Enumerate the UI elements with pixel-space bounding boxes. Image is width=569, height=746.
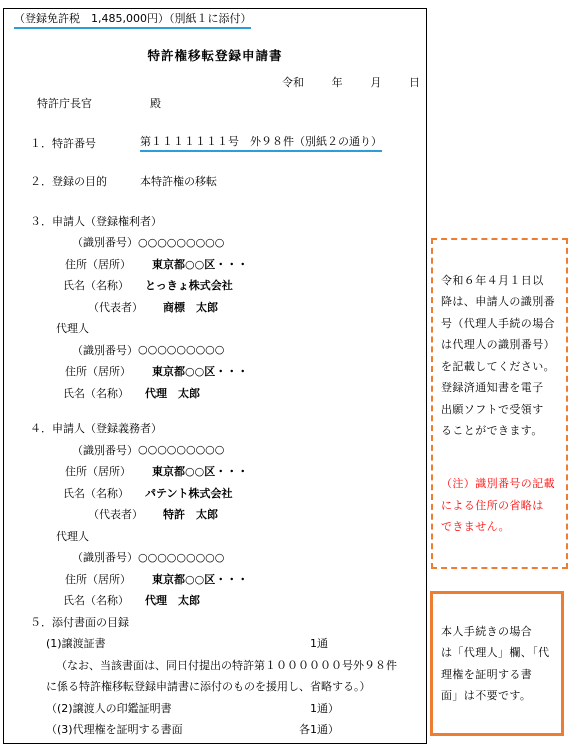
- id-number-label: （識別番号）: [72, 549, 138, 565]
- obligor-agent-heading: 代理人: [4, 525, 426, 547]
- rightholder-agent-name-row: 氏名（名称） 代理 太郎: [4, 382, 426, 404]
- tax-line-row: （登録免許税 1,485,000円）（別紙１に添付）: [4, 9, 426, 31]
- name-label: 氏名（名称）: [63, 485, 145, 501]
- attachment-name: （(3)代理権を証明する書面: [46, 721, 183, 737]
- patent-number-label: １．特許番号: [30, 135, 140, 151]
- obligor-representative-row: （代表者） 特許 太郎: [4, 504, 426, 526]
- purpose-value: 本特許権の移転: [140, 173, 217, 189]
- date-month-label: 月: [370, 74, 381, 90]
- procedure-note-box: 令和６年４月１日以 降は、申請人の識別番 号（代理人手続の場合 は代理人の識別番…: [431, 238, 568, 569]
- address-label: 住所（居所）: [65, 363, 152, 379]
- attachment-item-2: （(2)譲渡人の印鑑証明書 1通）: [4, 697, 426, 719]
- address-value: 東京都○○区・・・: [152, 463, 248, 479]
- name-label: 氏名（名称）: [63, 277, 145, 293]
- address-label: 住所（居所）: [65, 256, 152, 272]
- procedure-note-text: 令和６年４月１日以 降は、申請人の識別番 号（代理人手続の場合 は代理人の識別番…: [441, 270, 558, 442]
- attachment-name: （(2)譲渡人の印鑑証明書: [46, 700, 172, 716]
- patent-number-row: １．特許番号 第１１１１１１１号 外９８件（別紙２の通り）: [4, 132, 426, 154]
- date-line: 令和 年 月 日: [282, 74, 420, 90]
- rightholder-name-row: 氏名（名称） とっきょ株式会社: [4, 275, 426, 297]
- agent-note-text: 本人手続きの場合 は「代理人」欄、「代 理権を証明する書 面」は不要です。: [441, 621, 553, 707]
- registration-tax-line: （登録免許税 1,485,000円）（別紙１に添付）: [14, 10, 251, 29]
- obligor-id-row: （識別番号） ○○○○○○○○○: [4, 439, 426, 461]
- obligor-agent-name-row: 氏名（名称） 代理 太郎: [4, 590, 426, 612]
- obligor-agent-address-row: 住所（居所） 東京都○○区・・・: [4, 568, 426, 590]
- name-value: とっきょ株式会社: [145, 277, 233, 293]
- address-value: 東京都○○区・・・: [152, 256, 248, 272]
- document-title: 特許権移転登録申請書: [4, 45, 426, 67]
- agent-note-box: 本人手続きの場合 は「代理人」欄、「代 理権を証明する書 面」は不要です。: [430, 591, 564, 736]
- name-value: 代理 太郎: [145, 592, 200, 608]
- attachments-heading: ５．添付書面の目録: [4, 611, 426, 633]
- rightholder-heading: ３．申請人（登録権利者）: [4, 210, 426, 232]
- addressee-row: 特許庁長官 殿: [4, 93, 426, 115]
- attachment-note-line-2: に係る特許権移転登録申請書に添付のものを援用し、省略する。）: [4, 676, 426, 698]
- attachment-count: 各1通）: [299, 719, 339, 741]
- obligor-heading: ４．申請人（登録義務者）: [4, 418, 426, 440]
- rightholder-agent-id-row: （識別番号） ○○○○○○○○○: [4, 339, 426, 361]
- attachment-note-line-1: （なお、当該書面は、同日付提出の特許第１００００００号外９８件: [4, 654, 426, 676]
- id-number-value: ○○○○○○○○○: [138, 443, 224, 456]
- purpose-row: ２．登録の目的 本特許権の移転: [4, 171, 426, 193]
- address-label: 住所（居所）: [65, 463, 152, 479]
- name-label: 氏名（名称）: [63, 385, 145, 401]
- obligor-agent-id-row: （識別番号） ○○○○○○○○○: [4, 547, 426, 569]
- attachment-name: (1)譲渡証書: [46, 635, 106, 651]
- addressee-honorific: 殿: [150, 95, 161, 111]
- representative-value: 商標 太郎: [163, 299, 218, 315]
- address-value: 東京都○○区・・・: [152, 363, 248, 379]
- name-value: パテント株式会社: [145, 485, 232, 501]
- id-number-label: （識別番号）: [72, 342, 138, 358]
- date-year-label: 年: [332, 74, 343, 90]
- application-document: （登録免許税 1,485,000円）（別紙１に添付） 特許権移転登録申請書 令和…: [3, 8, 427, 744]
- name-label: 氏名（名称）: [63, 592, 145, 608]
- attachment-count: 1通: [310, 633, 328, 655]
- address-value: 東京都○○区・・・: [152, 571, 248, 587]
- attachment-item-3: （(3)代理権を証明する書面 各1通）: [4, 719, 426, 741]
- rightholder-id-row: （識別番号） ○○○○○○○○○: [4, 232, 426, 254]
- id-number-value: ○○○○○○○○○: [138, 343, 224, 356]
- obligor-address-row: 住所（居所） 東京都○○区・・・: [4, 461, 426, 483]
- obligor-name-row: 氏名（名称） パテント株式会社: [4, 482, 426, 504]
- date-row: 令和 年 月 日: [4, 71, 426, 93]
- representative-label: （代表者）: [88, 506, 163, 522]
- rightholder-representative-row: （代表者） 商標 太郎: [4, 296, 426, 318]
- representative-label: （代表者）: [88, 299, 163, 315]
- attachment-item-1: (1)譲渡証書 1通: [4, 633, 426, 655]
- id-number-label: （識別番号）: [72, 234, 138, 250]
- patent-number-value: 第１１１１１１１号 外９８件（別紙２の通り）: [140, 133, 382, 152]
- rightholder-agent-heading: 代理人: [4, 318, 426, 340]
- rightholder-agent-address-row: 住所（居所） 東京都○○区・・・: [4, 361, 426, 383]
- id-number-value: ○○○○○○○○○: [138, 236, 224, 249]
- id-number-label: （識別番号）: [72, 442, 138, 458]
- addressee-office: 特許庁長官: [37, 95, 92, 111]
- procedure-note-warning: （注）識別番号の記載 による住所の省略は できません。: [441, 473, 558, 538]
- date-day-label: 日: [409, 74, 420, 90]
- id-number-value: ○○○○○○○○○: [138, 551, 224, 564]
- rightholder-address-row: 住所（居所） 東京都○○区・・・: [4, 253, 426, 275]
- date-era: 令和: [282, 74, 304, 90]
- purpose-label: ２．登録の目的: [30, 173, 140, 189]
- attachment-count: 1通）: [310, 697, 339, 719]
- representative-value: 特許 太郎: [163, 506, 218, 522]
- name-value: 代理 太郎: [145, 385, 200, 401]
- address-label: 住所（居所）: [65, 571, 152, 587]
